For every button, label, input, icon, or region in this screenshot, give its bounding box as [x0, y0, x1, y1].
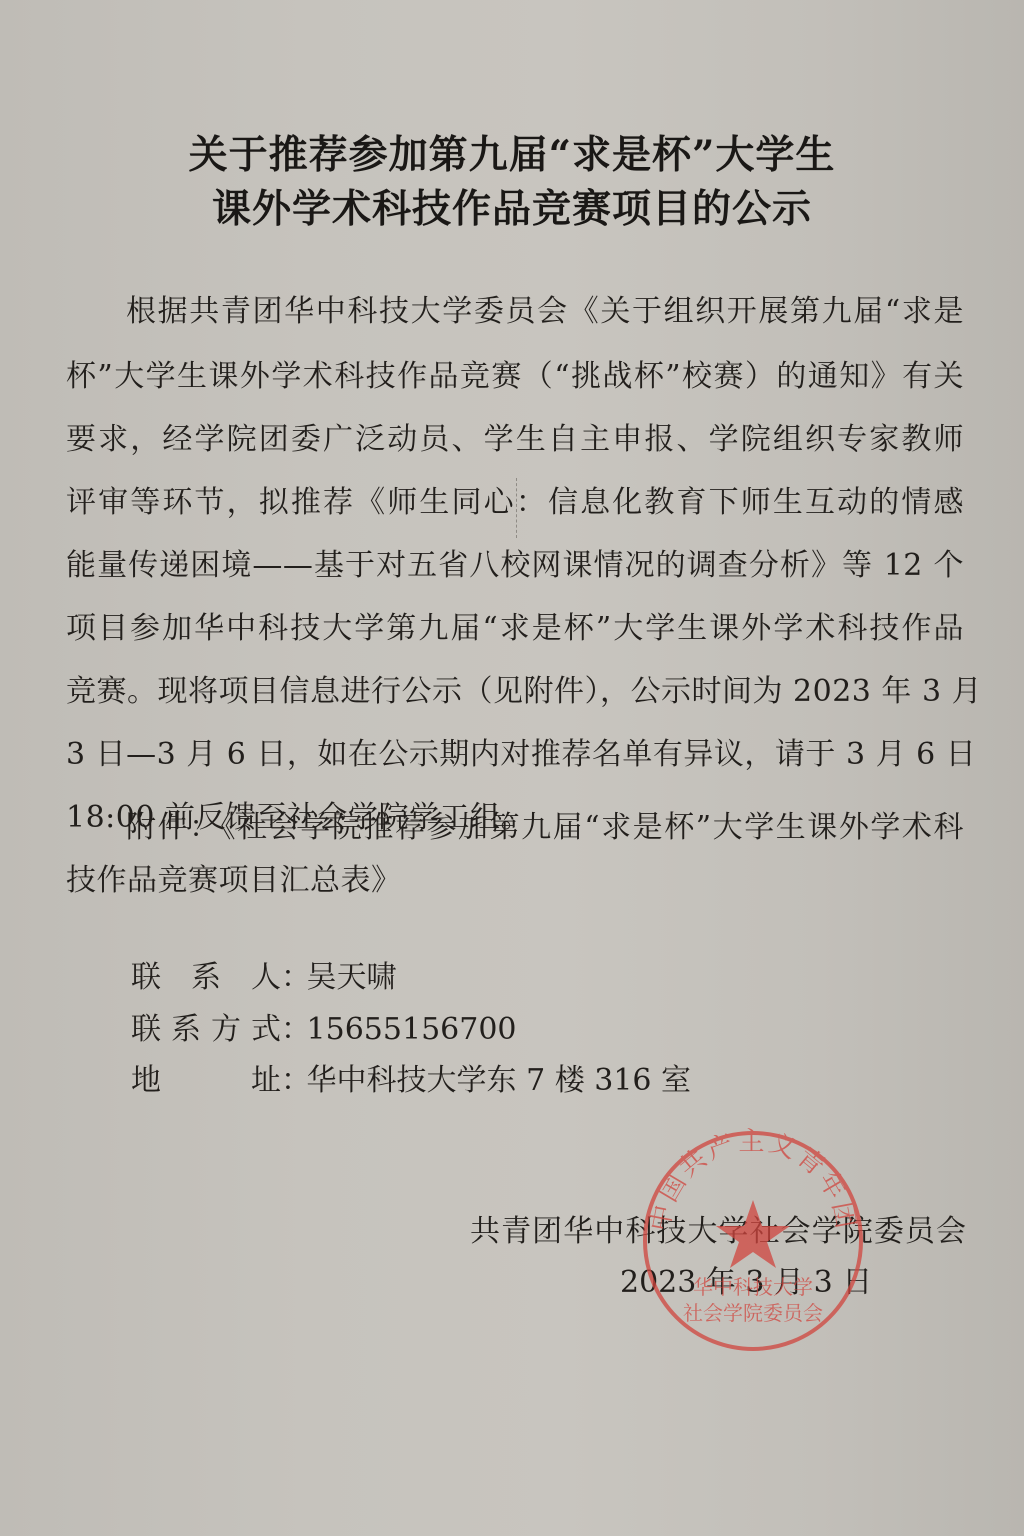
body-line-3: 要求，经学院团委广泛动员、学生自主申报、学院组织专家教师	[66, 420, 964, 460]
body-line-1: 根据共青团华中科技大学委员会《关于组织开展第九届“求是	[126, 292, 964, 332]
body-line-7: 竞赛。现将项目信息进行公示（见附件），公示时间为 2023 年 3 月	[66, 672, 964, 712]
contact-phone-value: 15655156700	[307, 1012, 517, 1047]
document-title-line-1: 关于推荐参加第九届“求是杯”大学生	[0, 128, 1024, 182]
contact-person-value: 吴天啸	[307, 960, 397, 995]
signature-organization: 共青团华中科技大学社会学院委员会	[470, 1212, 966, 1252]
contact-person-label: 联系人	[131, 958, 281, 998]
seal-inner-text-2: 社会学院委员会	[683, 1301, 823, 1325]
body-line-4: 评审等环节，拟推荐《师生同心：信息化教育下师生互动的情感	[66, 483, 964, 523]
contact-address-value: 华中科技大学东 7 楼 316 室	[307, 1063, 692, 1098]
contact-phone-label: 联系方式	[131, 1010, 281, 1050]
signature-date: 2023 年 3 月 3 日	[620, 1263, 872, 1303]
body-line-2: 杯”大学生课外学术科技作品竞赛（“挑战杯”校赛）的通知》有关	[66, 357, 964, 397]
colon: ：	[281, 1061, 297, 1101]
colon: ：	[281, 1010, 297, 1050]
fold-mark	[516, 478, 518, 538]
contact-address-label: 地址	[131, 1061, 281, 1101]
document-title-line-2: 课外学术科技作品竞赛项目的公示	[0, 182, 1024, 236]
document-page: 关于推荐参加第九届“求是杯”大学生 课外学术科技作品竞赛项目的公示 根据共青团华…	[0, 0, 1024, 1536]
attachment-line-2: 技作品竞赛项目汇总表》	[66, 861, 402, 901]
attachment-line-1: 附件：《社会学院推荐参加第九届“求是杯”大学生课外学术科	[126, 808, 964, 848]
colon: ：	[281, 958, 297, 998]
body-line-5: 能量传递困境——基于对五省八校网课情况的调查分析》等 12 个	[66, 546, 964, 586]
contact-person-row: 联系人： 吴天啸	[131, 958, 397, 998]
contact-address-row: 地址： 华中科技大学东 7 楼 316 室	[131, 1061, 691, 1101]
body-line-8: 3 日—3 月 6 日，如在公示期内对推荐名单有异议，请于 3 月 6 日	[66, 735, 964, 775]
body-line-6: 项目参加华中科技大学第九届“求是杯”大学生课外学术科技作品	[66, 609, 964, 649]
contact-phone-row: 联系方式： 15655156700	[131, 1010, 517, 1050]
